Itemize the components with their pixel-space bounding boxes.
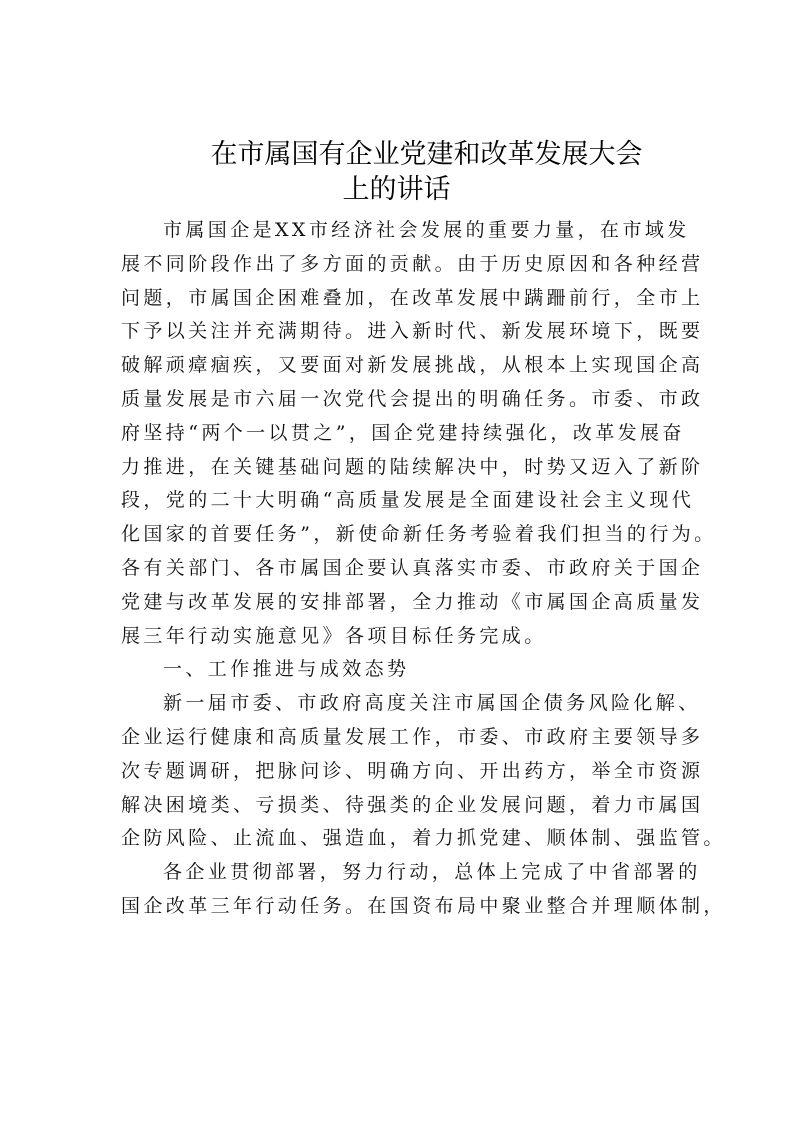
body-line: 展三年行动实施意见》各项目标任务完成。 [121,620,677,654]
body-line: 新一届市委、市政府高度关注市属国企债务风险化解、 [121,687,677,721]
document-body: 市属国企是XX市经济社会发展的重要力量，在市域发 展不同阶段作出了多方面的贡献。… [121,214,677,924]
body-line: 国企改革三年行动任务。在国资布局中聚业整合并理顺体制， [121,890,677,924]
body-line: 破解顽瘴痼疾，又要面对新发展挑战，从根本上实现国企高 [121,349,677,383]
body-line: 府坚持“两个一以贯之”，国企党建持续强化，改革发展奋 [121,417,677,451]
body-line: 次专题调研，把脉问诊、明确方向、开出药方，举全市资源 [121,755,677,789]
body-line: 力推进，在关键基础问题的陆续解决中，时势又迈入了新阶 [121,451,677,485]
body-line: 下予以关注并充满期待。进入新时代、新发展环境下，既要 [121,315,677,349]
document-title-line-1: 在市属国有企业党建和改革发展大会 [0,138,793,172]
body-line: 各有关部门、各市属国企要认真落实市委、市政府关于国企 [121,552,677,586]
body-line: 解决困境类、亏损类、待强类的企业发展问题，着力市属国 [121,789,677,823]
body-line: 企业运行健康和高质量发展工作，市委、市政府主要领导多 [121,721,677,755]
body-line: 段，党的二十大明确“高质量发展是全面建设社会主义现代 [121,484,677,518]
document-title-line-2: 上的讲话 [0,173,793,207]
section-heading: 一、工作推进与成效态势 [121,653,677,687]
body-line: 质量发展是市六届一次党代会提出的明确任务。市委、市政 [121,383,677,417]
body-line: 展不同阶段作出了多方面的贡献。由于历史原因和各种经营 [121,248,677,282]
body-line: 问题，市属国企困难叠加，在改革发展中蹒跚前行，全市上 [121,282,677,316]
body-line: 各企业贯彻部署，努力行动，总体上完成了中省部署的 [121,856,677,890]
document-page: 在市属国有企业党建和改革发展大会 上的讲话 市属国企是XX市经济社会发展的重要力… [0,0,793,1122]
body-line: 企防风险、止流血、强造血，着力抓党建、顺体制、强监管。 [121,822,677,856]
body-line: 党建与改革发展的安排部署，全力推动《市属国企高质量发 [121,586,677,620]
body-line: 市属国企是XX市经济社会发展的重要力量，在市域发 [121,214,677,248]
body-line: 化国家的首要任务”，新使命新任务考验着我们担当的行为。 [121,518,677,552]
